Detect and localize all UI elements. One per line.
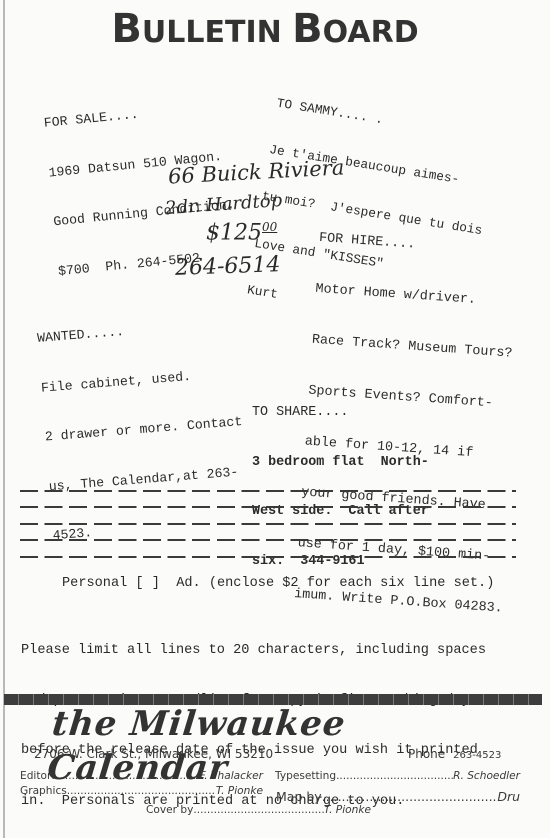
- ad-heading: TO SHARE....: [252, 405, 429, 422]
- credit-name: R. Schoedler: [453, 770, 520, 782]
- address: 2706 W. Clark St., Milwaukee, WI 53210: [34, 747, 273, 761]
- price-cents: 00: [262, 220, 277, 234]
- ad-line: File cabinet, used.: [40, 365, 239, 397]
- phone: Phone263-4523: [408, 747, 501, 761]
- credit-name: Dru: [497, 789, 520, 804]
- ad-heading: WANTED.....: [37, 315, 236, 347]
- credit-name: F. Thalacker: [200, 770, 263, 782]
- leader-dots: [322, 789, 498, 804]
- credit-role: Editor: [20, 770, 51, 782]
- phone-number: 263-4523: [453, 750, 501, 761]
- handwritten-line: 264-6514: [175, 252, 281, 281]
- title-initial: B: [111, 6, 142, 52]
- credit-graphics: GraphicsT. Pionke: [20, 785, 263, 797]
- ad-entry-lines: [20, 486, 516, 568]
- title-word: OARD: [323, 15, 419, 50]
- page-title: BULLETIN BOARD: [100, 7, 430, 55]
- blank-ad-line[interactable]: [20, 552, 516, 568]
- phone-label: Phone: [408, 747, 445, 761]
- page-edge: [3, 0, 5, 838]
- instruction-line: Please limit all lines to 20 characters,…: [21, 643, 486, 660]
- ad-line: 3 bedroom flat North-: [252, 455, 429, 472]
- handwritten-price: $12500: [206, 220, 277, 245]
- credit-typesetting: TypesettingR. Schoedler: [275, 770, 520, 782]
- leader-dots: [193, 804, 323, 816]
- title-word: ULLETIN: [142, 15, 292, 50]
- ad-line: Race Track? Museum Tours?: [311, 332, 521, 364]
- credit-name: T. Pionke: [216, 785, 263, 797]
- leader-dots: [51, 770, 199, 782]
- ad-line: 2 drawer or more. Contact: [44, 414, 243, 446]
- ad-line: Motor Home w/driver.: [315, 281, 525, 313]
- credit-role: Cover by: [146, 804, 193, 816]
- credit-map: Map byDru: [276, 789, 520, 804]
- title-initial: B: [292, 6, 323, 52]
- blank-ad-line[interactable]: [20, 486, 516, 502]
- credit-role: Graphics: [20, 785, 67, 797]
- leader-dots: [67, 785, 216, 797]
- credit-role: Typesetting: [275, 770, 336, 782]
- blank-ad-line[interactable]: [20, 535, 516, 551]
- ad-heading: FOR HIRE....: [318, 230, 528, 262]
- ad-heading: FOR SALE....: [43, 98, 226, 132]
- leader-dots: [336, 770, 453, 782]
- blank-ad-line[interactable]: [20, 502, 516, 518]
- credit-cover: Cover byT. Pionke: [146, 804, 371, 816]
- blank-ad-line[interactable]: [20, 519, 516, 535]
- personal-ad-checkbox-label[interactable]: Personal [ ] Ad. (enclose $2 for each si…: [62, 576, 494, 591]
- credit-role: Map by: [276, 789, 322, 804]
- credit-name: T. Pionke: [324, 804, 371, 816]
- credit-editor: EditorF. Thalacker: [20, 770, 263, 782]
- price-dollars: $125: [206, 220, 262, 245]
- ad-heading: TO SAMMY.... .: [276, 95, 498, 145]
